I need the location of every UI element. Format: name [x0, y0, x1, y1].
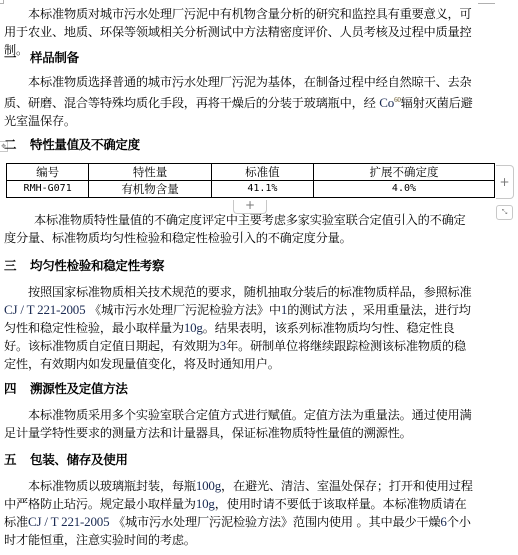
- section-1-paragraph[interactable]: 本标准物质选择普通的城市污水处理厂污泥为基体，在制备过程中经自然晾干、去杂质、研…: [4, 73, 474, 130]
- margin-corner-mark: [0, 3, 4, 4]
- element-symbol: Co: [379, 95, 394, 110]
- section-title: 溯源性及定值方法: [30, 381, 128, 396]
- characteristic-values-table[interactable]: 编号 特性量 标准值 扩展不确定度 RMH-G071 有机物含量 41.1% 4…: [6, 163, 495, 198]
- paragraph-text: 按照国家标准物质相关技术规范的要求，随机抽取分装后的标准物质样品，参照标准: [28, 285, 472, 299]
- section-number: 三: [4, 258, 30, 274]
- table-cell-uncertainty[interactable]: 4.0%: [313, 181, 494, 198]
- table-header-cell[interactable]: 特性量: [89, 164, 212, 181]
- section-heading-4: 四溯源性及定值方法: [4, 381, 128, 397]
- min-sample-size: 10g: [196, 496, 215, 511]
- section-number: 二: [4, 137, 30, 153]
- table-header-row: 编号 特性量 标准值 扩展不确定度: [7, 164, 495, 181]
- add-column-button[interactable]: +: [233, 200, 267, 214]
- add-row-button[interactable]: +: [496, 165, 514, 199]
- table-cell-property[interactable]: 有机物含量: [89, 181, 212, 198]
- section-heading-2: 二特性量值及不确定度: [4, 137, 140, 153]
- margin-corner-mark: [478, 3, 495, 4]
- section-number: 四: [4, 381, 30, 397]
- section-number: 五: [4, 452, 30, 468]
- section-title: 特性量值及不确定度: [30, 137, 140, 152]
- paragraph-text: 本标准物质采用多个实验室联合定值方式进行赋值。定值方法为重量法。通过使用满足计量…: [4, 408, 472, 440]
- table-header-cell[interactable]: 扩展不确定度: [313, 164, 494, 181]
- section-heading-5: 五包装、储存及使用: [4, 452, 128, 468]
- section-title: 均匀性检验和稳定性考察: [30, 258, 164, 273]
- table-row: RMH-G071 有机物含量 41.1% 4.0%: [7, 181, 495, 198]
- table-resize-icon[interactable]: ⤡: [496, 205, 513, 220]
- table-header-cell[interactable]: 标准值: [211, 164, 313, 181]
- section-5-paragraph[interactable]: 本标准物质以玻璃瓶封装，每瓶100g，在避光、清洁、室温处保存；打开和使用过程中…: [4, 477, 474, 549]
- paragraph-text: 本标准物质以玻璃瓶封装，每瓶: [28, 479, 196, 493]
- isotope-superscript: 60: [394, 96, 401, 104]
- standard-code: CJ / T 221-2005: [4, 302, 85, 317]
- paragraph-text: 《城市污水处理厂污泥检验方法》中: [85, 303, 280, 317]
- table-header-cell[interactable]: 编号: [7, 164, 89, 181]
- table-cell-value[interactable]: 41.1%: [211, 181, 313, 198]
- section-title: 包装、储存及使用: [30, 452, 128, 467]
- section-heading-1: 一样品制备: [4, 50, 79, 66]
- document-page: 本标准物质对城市污水处理厂污泥中有机物含量分析的研究和监控具有重要意义，可用于农…: [0, 0, 518, 555]
- paragraph-text: 本标准物质特性量值的不确定度评定中主要考虑多家实验室联合定值引入的不确定度分量、…: [4, 213, 466, 245]
- table-cell-code[interactable]: RMH-G071: [7, 181, 89, 198]
- section-3-paragraph[interactable]: 按照国家标准物质相关技术规范的要求，随机抽取分装后的标准物质样品，参照标准CJ …: [4, 283, 474, 373]
- bottle-quantity: 100g: [196, 478, 221, 493]
- section-2-paragraph[interactable]: 本标准物质特性量值的不确定度评定中主要考虑多家实验室联合定值引入的不确定度分量、…: [4, 211, 474, 247]
- section-number: 一: [4, 50, 30, 66]
- min-sample-size: 10g: [184, 320, 203, 335]
- section-4-paragraph[interactable]: 本标准物质采用多个实验室联合定值方式进行赋值。定值方法为重量法。通过使用满足计量…: [4, 406, 474, 442]
- section-title: 样品制备: [30, 50, 79, 65]
- standard-code: CJ / T 221-2005: [28, 514, 109, 529]
- paragraph-text: 《城市污水处理厂污泥检验方法》范围内使用 。其中最少干燥: [109, 515, 440, 529]
- section-heading-3: 三均匀性检验和稳定性考察: [4, 258, 164, 274]
